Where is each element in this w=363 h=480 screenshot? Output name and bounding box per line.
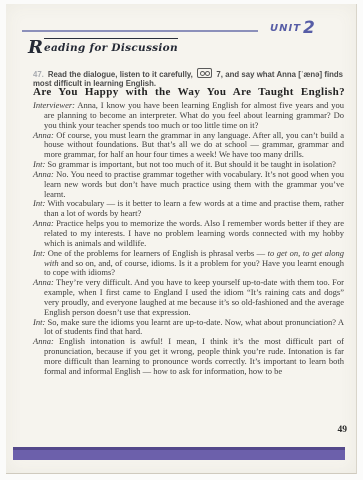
section-heading-initial: R (28, 37, 43, 58)
speaker-label-or-emphasis: Anna: (33, 218, 54, 228)
speaker-label-or-emphasis: Int: (33, 159, 45, 169)
dialogue-paragraph: Anna: No. You need to practise grammar t… (33, 170, 344, 200)
page-number: 49 (338, 425, 348, 435)
dialogue-text: Of course, you must learn the grammar in… (44, 130, 344, 160)
section-heading: Reading for Discussion (28, 36, 178, 57)
speaker-label-or-emphasis: Int: (33, 317, 45, 327)
dialogue-paragraph: Interviewer: Anna, I know you have been … (33, 101, 344, 131)
dialogue-paragraph: Anna: English intonation is awful! I mea… (33, 337, 344, 376)
dialogue-text: So, make sure the idioms you learnt are … (44, 317, 344, 337)
exercise-number: 47. (33, 70, 48, 79)
dialogue-text: No. You need to practise grammar togethe… (44, 169, 344, 199)
cassette-icon (197, 68, 212, 78)
dialogue-text: Anna, I know you have been learning Engl… (44, 100, 344, 130)
dialogue-text: One of the problems for learners of Engl… (45, 248, 267, 258)
header-rule (22, 30, 258, 32)
dialogue-text: So grammar is important, but not too muc… (45, 159, 336, 169)
speaker-label-or-emphasis: Anna: (33, 336, 54, 346)
speaker-label-or-emphasis: Interviewer: (33, 100, 75, 110)
dialogue-paragraph: Int: So, make sure the idioms you learnt… (33, 318, 344, 338)
dialogue-paragraph: Int: One of the problems for learners of… (33, 249, 344, 279)
cassette-reel-left-icon (200, 71, 205, 76)
unit-label: UNIT (270, 23, 301, 34)
speaker-label-or-emphasis: Anna: (33, 130, 54, 140)
speaker-label-or-emphasis: Int: (33, 198, 45, 208)
instruction-text-before: Read the dialogue, listen to it carefull… (48, 70, 193, 79)
section-heading-rest: eading for Discussion (44, 38, 178, 54)
speaker-label-or-emphasis: Anna: (33, 169, 54, 179)
dialogue-text: With vocabulary — is it better to learn … (44, 198, 344, 218)
unit-logo: UNIT2 (270, 18, 315, 38)
dialogue-text: and so on, and, of course, idioms. Is it… (44, 258, 344, 278)
dialogue-paragraph: Anna: Practice helps you to memorize the… (33, 219, 344, 249)
track-number: 7, (216, 70, 223, 79)
dialogue-text: English intonation is awful! I mean, I t… (44, 336, 344, 376)
dialogue-paragraph: Anna: Of course, you must learn the gram… (33, 131, 344, 161)
unit-number: 2 (303, 18, 315, 38)
dialogue-text: They’re very difficult. And you have to … (44, 277, 344, 317)
dialogue-text: Practice helps you to memorize the words… (44, 218, 344, 248)
dialogue-paragraph: Anna: They’re very difficult. And you ha… (33, 278, 344, 317)
dialogue-paragraph: Int: With vocabulary — is it better to l… (33, 199, 344, 219)
speaker-label-or-emphasis: Int: (33, 248, 45, 258)
cassette-reel-right-icon (205, 71, 210, 76)
textbook-page: UNIT2 Reading for Discussion 47.Read the… (6, 4, 357, 474)
speaker-label-or-emphasis: Anna: (33, 277, 54, 287)
dialogue-title: Are You Happy with the Way You Are Taugh… (33, 86, 345, 98)
footer-decoration-bar (13, 447, 345, 460)
dialogue: Interviewer: Anna, I know you have been … (33, 101, 344, 377)
